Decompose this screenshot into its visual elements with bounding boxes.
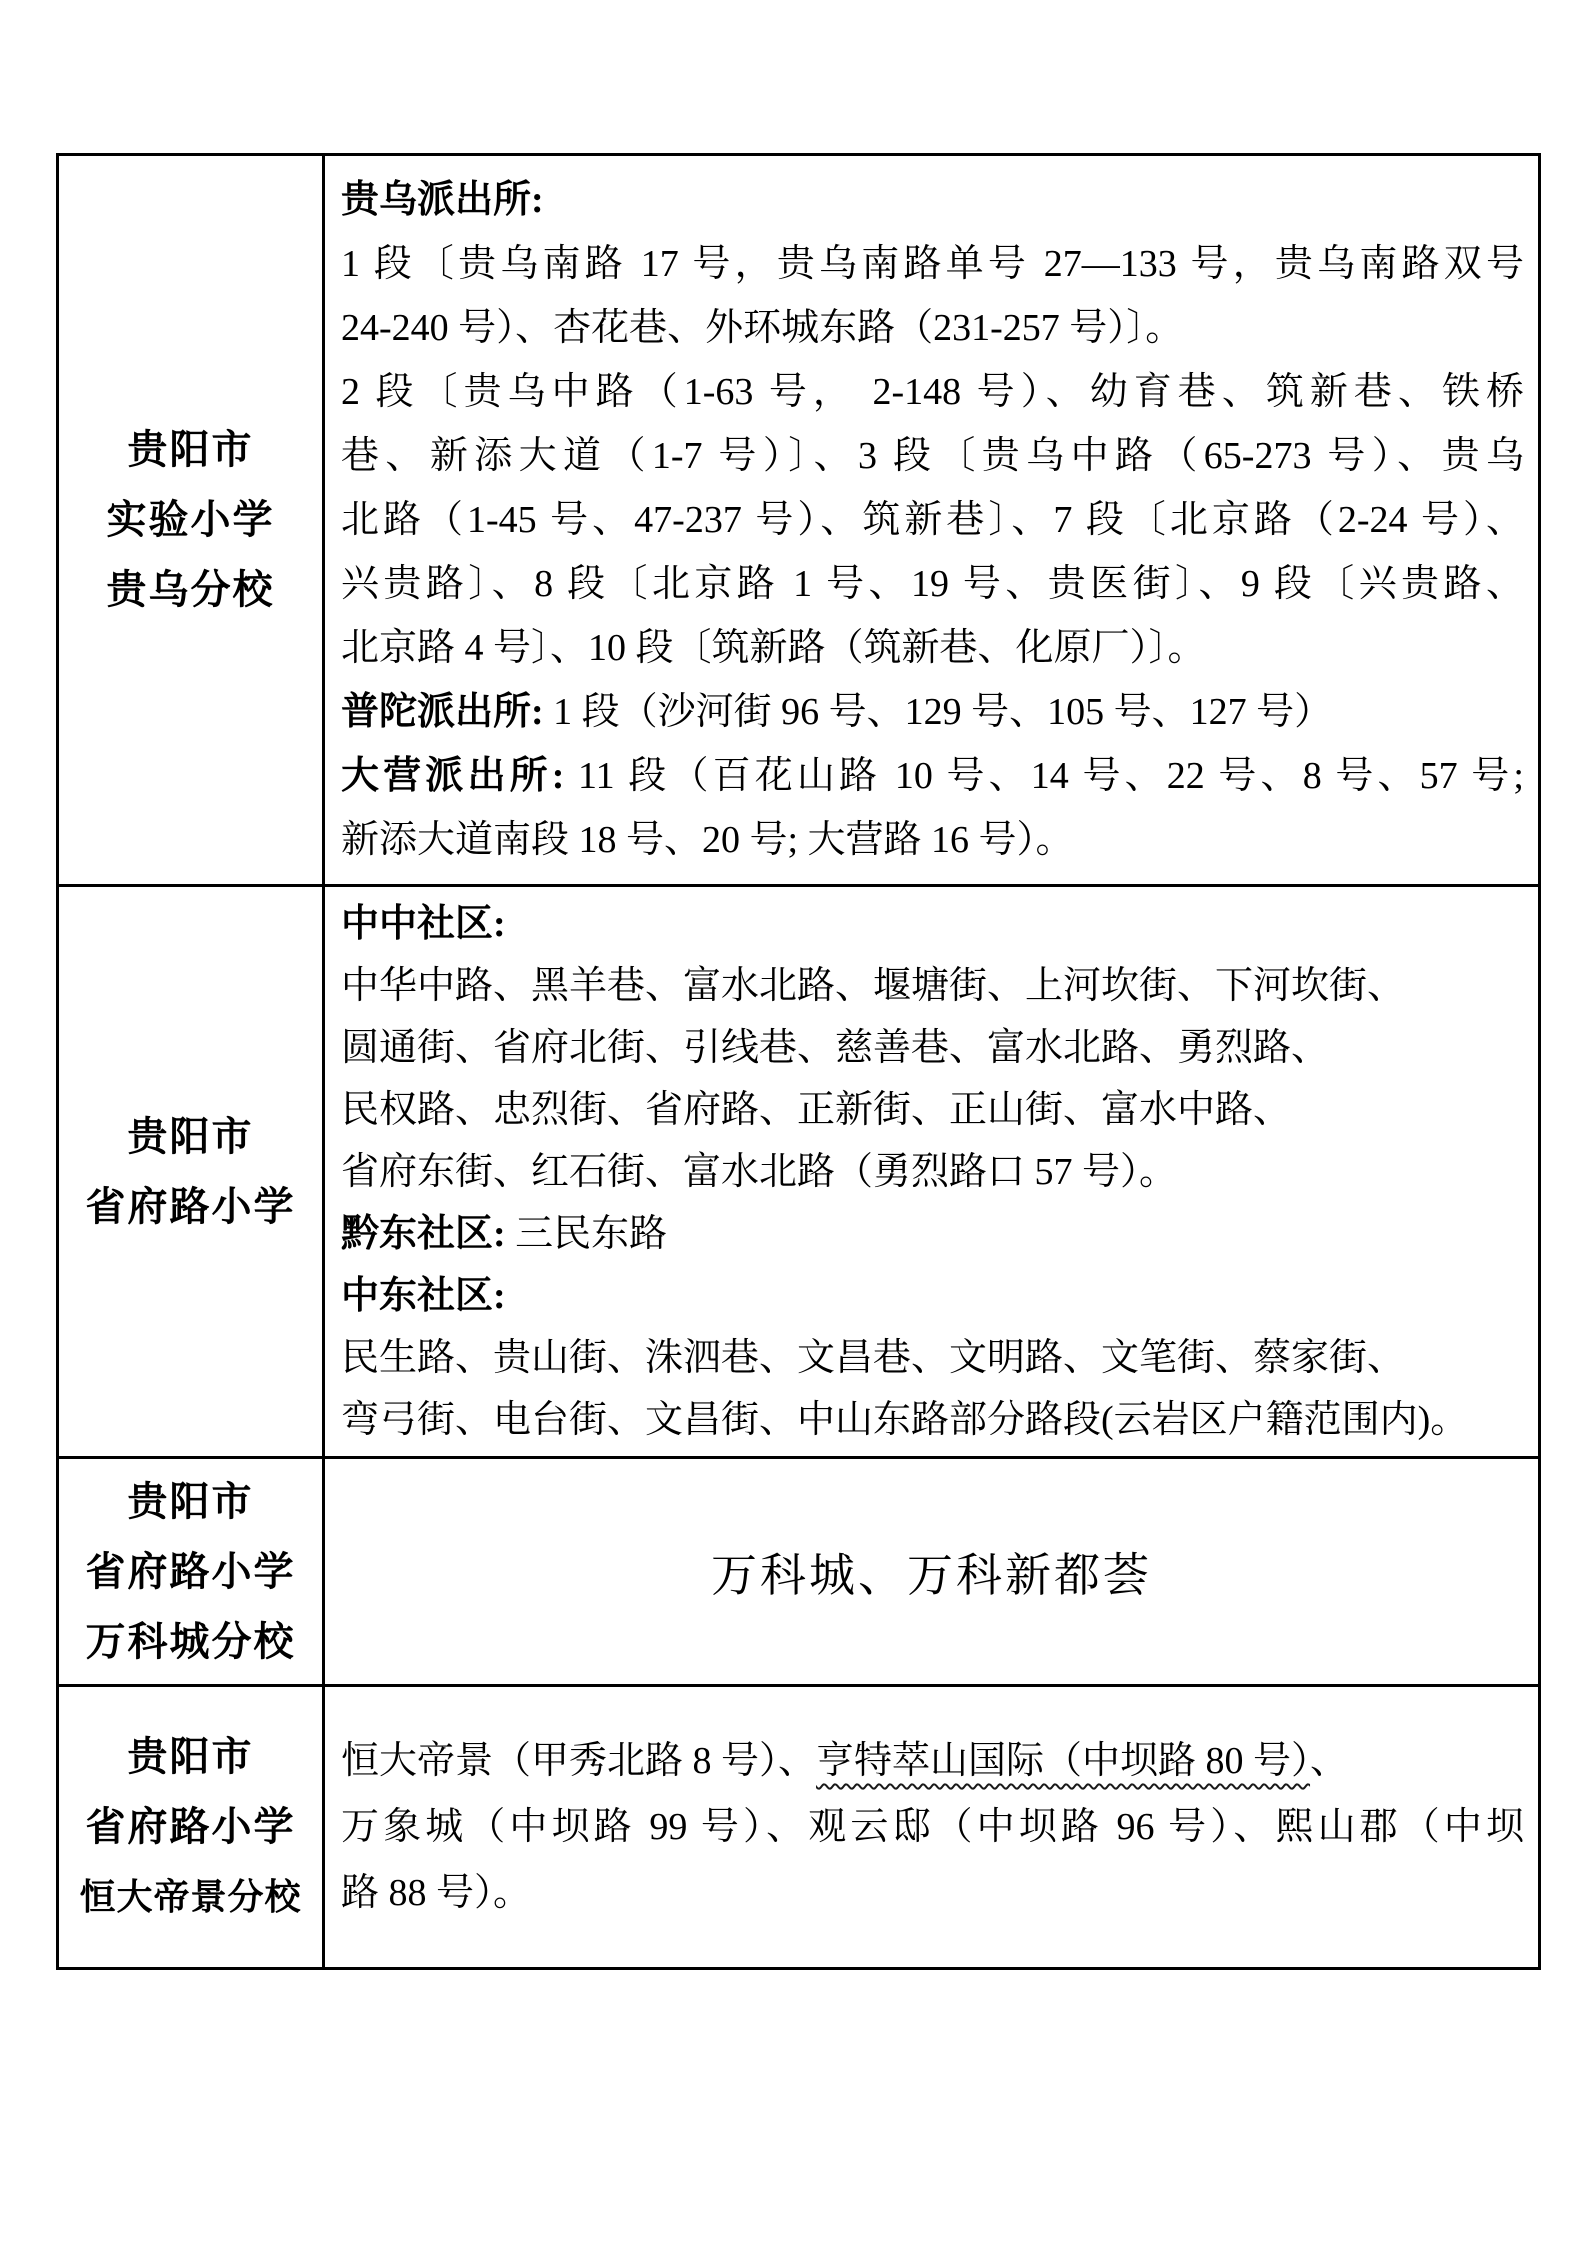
school-name-line: 实验小学: [59, 485, 322, 555]
content-line: 圆通街、省府北街、引线巷、慈善巷、富水北路、勇烈路、: [341, 1017, 1524, 1079]
content-line: 新添大道南段 18 号、20 号; 大营路 16 号）。: [341, 808, 1524, 872]
table-row-hengda: 贵阳市 省府路小学 恒大帝景分校 恒大帝景（甲秀北路 8 号）、亨特萃山国际（中…: [58, 1686, 1540, 1969]
content-line: 省府东街、红石街、富水北路（勇烈路口 57 号）。: [341, 1141, 1524, 1203]
school-name-line: 省府路小学: [59, 1172, 322, 1242]
community-text: 三民东路: [506, 1213, 668, 1255]
content-line: 北路（1-45 号、47-237 号）、筑新巷〕、7 段〔北京路（2-24 号）…: [341, 488, 1524, 552]
station-header: 普陀派出所:: [341, 691, 544, 733]
community-header: 中东社区:: [341, 1265, 1524, 1327]
station-header: 大营派出所:: [341, 755, 564, 797]
school-name-cell: 贵阳市 实验小学 贵乌分校: [58, 155, 324, 886]
content-line: 普陀派出所: 1 段（沙河街 96 号、129 号、105 号、127 号）: [341, 680, 1524, 744]
content-line: 中华中路、黑羊巷、富水北路、堰塘街、上河坎街、下河坎街、: [341, 955, 1524, 1017]
school-name-line: 恒大帝景分校: [59, 1862, 322, 1932]
table-wrapper: 贵阳市 实验小学 贵乌分校 贵乌派出所: 1 段〔贵乌南路 17 号，贵乌南路单…: [56, 153, 1541, 1970]
school-name-line: 贵阳市: [59, 1102, 322, 1172]
district-content-cell: 万科城、万科新都荟: [324, 1458, 1540, 1686]
school-name-line: 贵乌分校: [59, 555, 322, 625]
community-header: 黔东社区:: [341, 1213, 506, 1255]
school-name-cell: 贵阳市 省府路小学: [58, 886, 324, 1458]
table-row-shengfulu: 贵阳市 省府路小学 中中社区: 中华中路、黑羊巷、富水北路、堰塘街、上河坎街、下…: [58, 886, 1540, 1458]
content-text: 、: [1310, 1740, 1348, 1782]
school-district-table: 贵阳市 实验小学 贵乌分校 贵乌派出所: 1 段〔贵乌南路 17 号，贵乌南路单…: [56, 153, 1541, 1970]
station-text: 11 段（百花山路 10 号、14 号、22 号、8 号、57 号;: [564, 755, 1524, 797]
school-name-line: 贵阳市: [59, 1722, 322, 1792]
content-line: 2 段〔贵乌中路（1-63 号， 2-148 号）、幼育巷、筑新巷、铁桥: [341, 360, 1524, 424]
district-content-cell: 贵乌派出所: 1 段〔贵乌南路 17 号，贵乌南路单号 27—133 号，贵乌南…: [324, 155, 1540, 886]
district-content-cell: 中中社区: 中华中路、黑羊巷、富水北路、堰塘街、上河坎街、下河坎街、 圆通街、省…: [324, 886, 1540, 1458]
content-line: 路 88 号）。: [341, 1860, 1524, 1926]
content-line: 24-240 号）、杏花巷、外环城东路（231-257 号）〕。: [341, 296, 1524, 360]
content-line: 巷、新添大道（1-7 号）〕、3 段〔贵乌中路（65-273 号）、贵乌: [341, 424, 1524, 488]
content-line: 大营派出所: 11 段（百花山路 10 号、14 号、22 号、8 号、57 号…: [341, 744, 1524, 808]
content-line: 北京路 4 号〕、10 段〔筑新路（筑新巷、化原厂）〕。: [341, 616, 1524, 680]
district-content-cell: 恒大帝景（甲秀北路 8 号）、亨特萃山国际（中坝路 80 号）、 万象城（中坝路…: [324, 1686, 1540, 1969]
school-name-line: 省府路小学: [59, 1537, 322, 1607]
wavy-underlined-text: 亨特萃山国际（中坝路 80 号）: [816, 1740, 1310, 1782]
content-line: 兴贵路〕、8 段〔北京路 1 号、19 号、贵医街〕、9 段〔兴贵路、: [341, 552, 1524, 616]
school-name-line: 贵阳市: [59, 415, 322, 485]
school-name-line: 省府路小学: [59, 1792, 322, 1862]
station-header: 贵乌派出所:: [341, 168, 1524, 232]
content-line: 弯弓街、电台街、文昌街、中山东路部分路段(云岩区户籍范围内)。: [341, 1389, 1524, 1451]
school-name-cell: 贵阳市 省府路小学 恒大帝景分校: [58, 1686, 324, 1969]
content-line: 恒大帝景（甲秀北路 8 号）、亨特萃山国际（中坝路 80 号）、: [341, 1728, 1524, 1794]
table-row-vanke: 贵阳市 省府路小学 万科城分校 万科城、万科新都荟: [58, 1458, 1540, 1686]
station-text: 1 段（沙河街 96 号、129 号、105 号、127 号）: [544, 691, 1333, 733]
school-name-line: 贵阳市: [59, 1467, 322, 1537]
content-line: 黔东社区: 三民东路: [341, 1203, 1524, 1265]
community-header: 中中社区:: [341, 893, 1524, 955]
content-line: 1 段〔贵乌南路 17 号，贵乌南路单号 27—133 号，贵乌南路双号: [341, 232, 1524, 296]
school-name-cell: 贵阳市 省府路小学 万科城分校: [58, 1458, 324, 1686]
content-line: 万象城（中坝路 99 号）、观云邸（中坝路 96 号）、熙山郡（中坝: [341, 1794, 1524, 1860]
document-page: { "table": { "rows": [ { "school": ["贵阳市…: [0, 0, 1587, 2245]
content-line: 民权路、忠烈街、省府路、正新街、正山街、富水中路、: [341, 1079, 1524, 1141]
school-name-line: 万科城分校: [59, 1607, 322, 1677]
content-line: 民生路、贵山街、洙泗巷、文昌巷、文明路、文笔街、蔡家街、: [341, 1327, 1524, 1389]
content-centered-text: 万科城、万科新都荟: [711, 1550, 1152, 1601]
content-text: 恒大帝景（甲秀北路 8 号）、: [341, 1740, 816, 1782]
table-row-guiwu: 贵阳市 实验小学 贵乌分校 贵乌派出所: 1 段〔贵乌南路 17 号，贵乌南路单…: [58, 155, 1540, 886]
